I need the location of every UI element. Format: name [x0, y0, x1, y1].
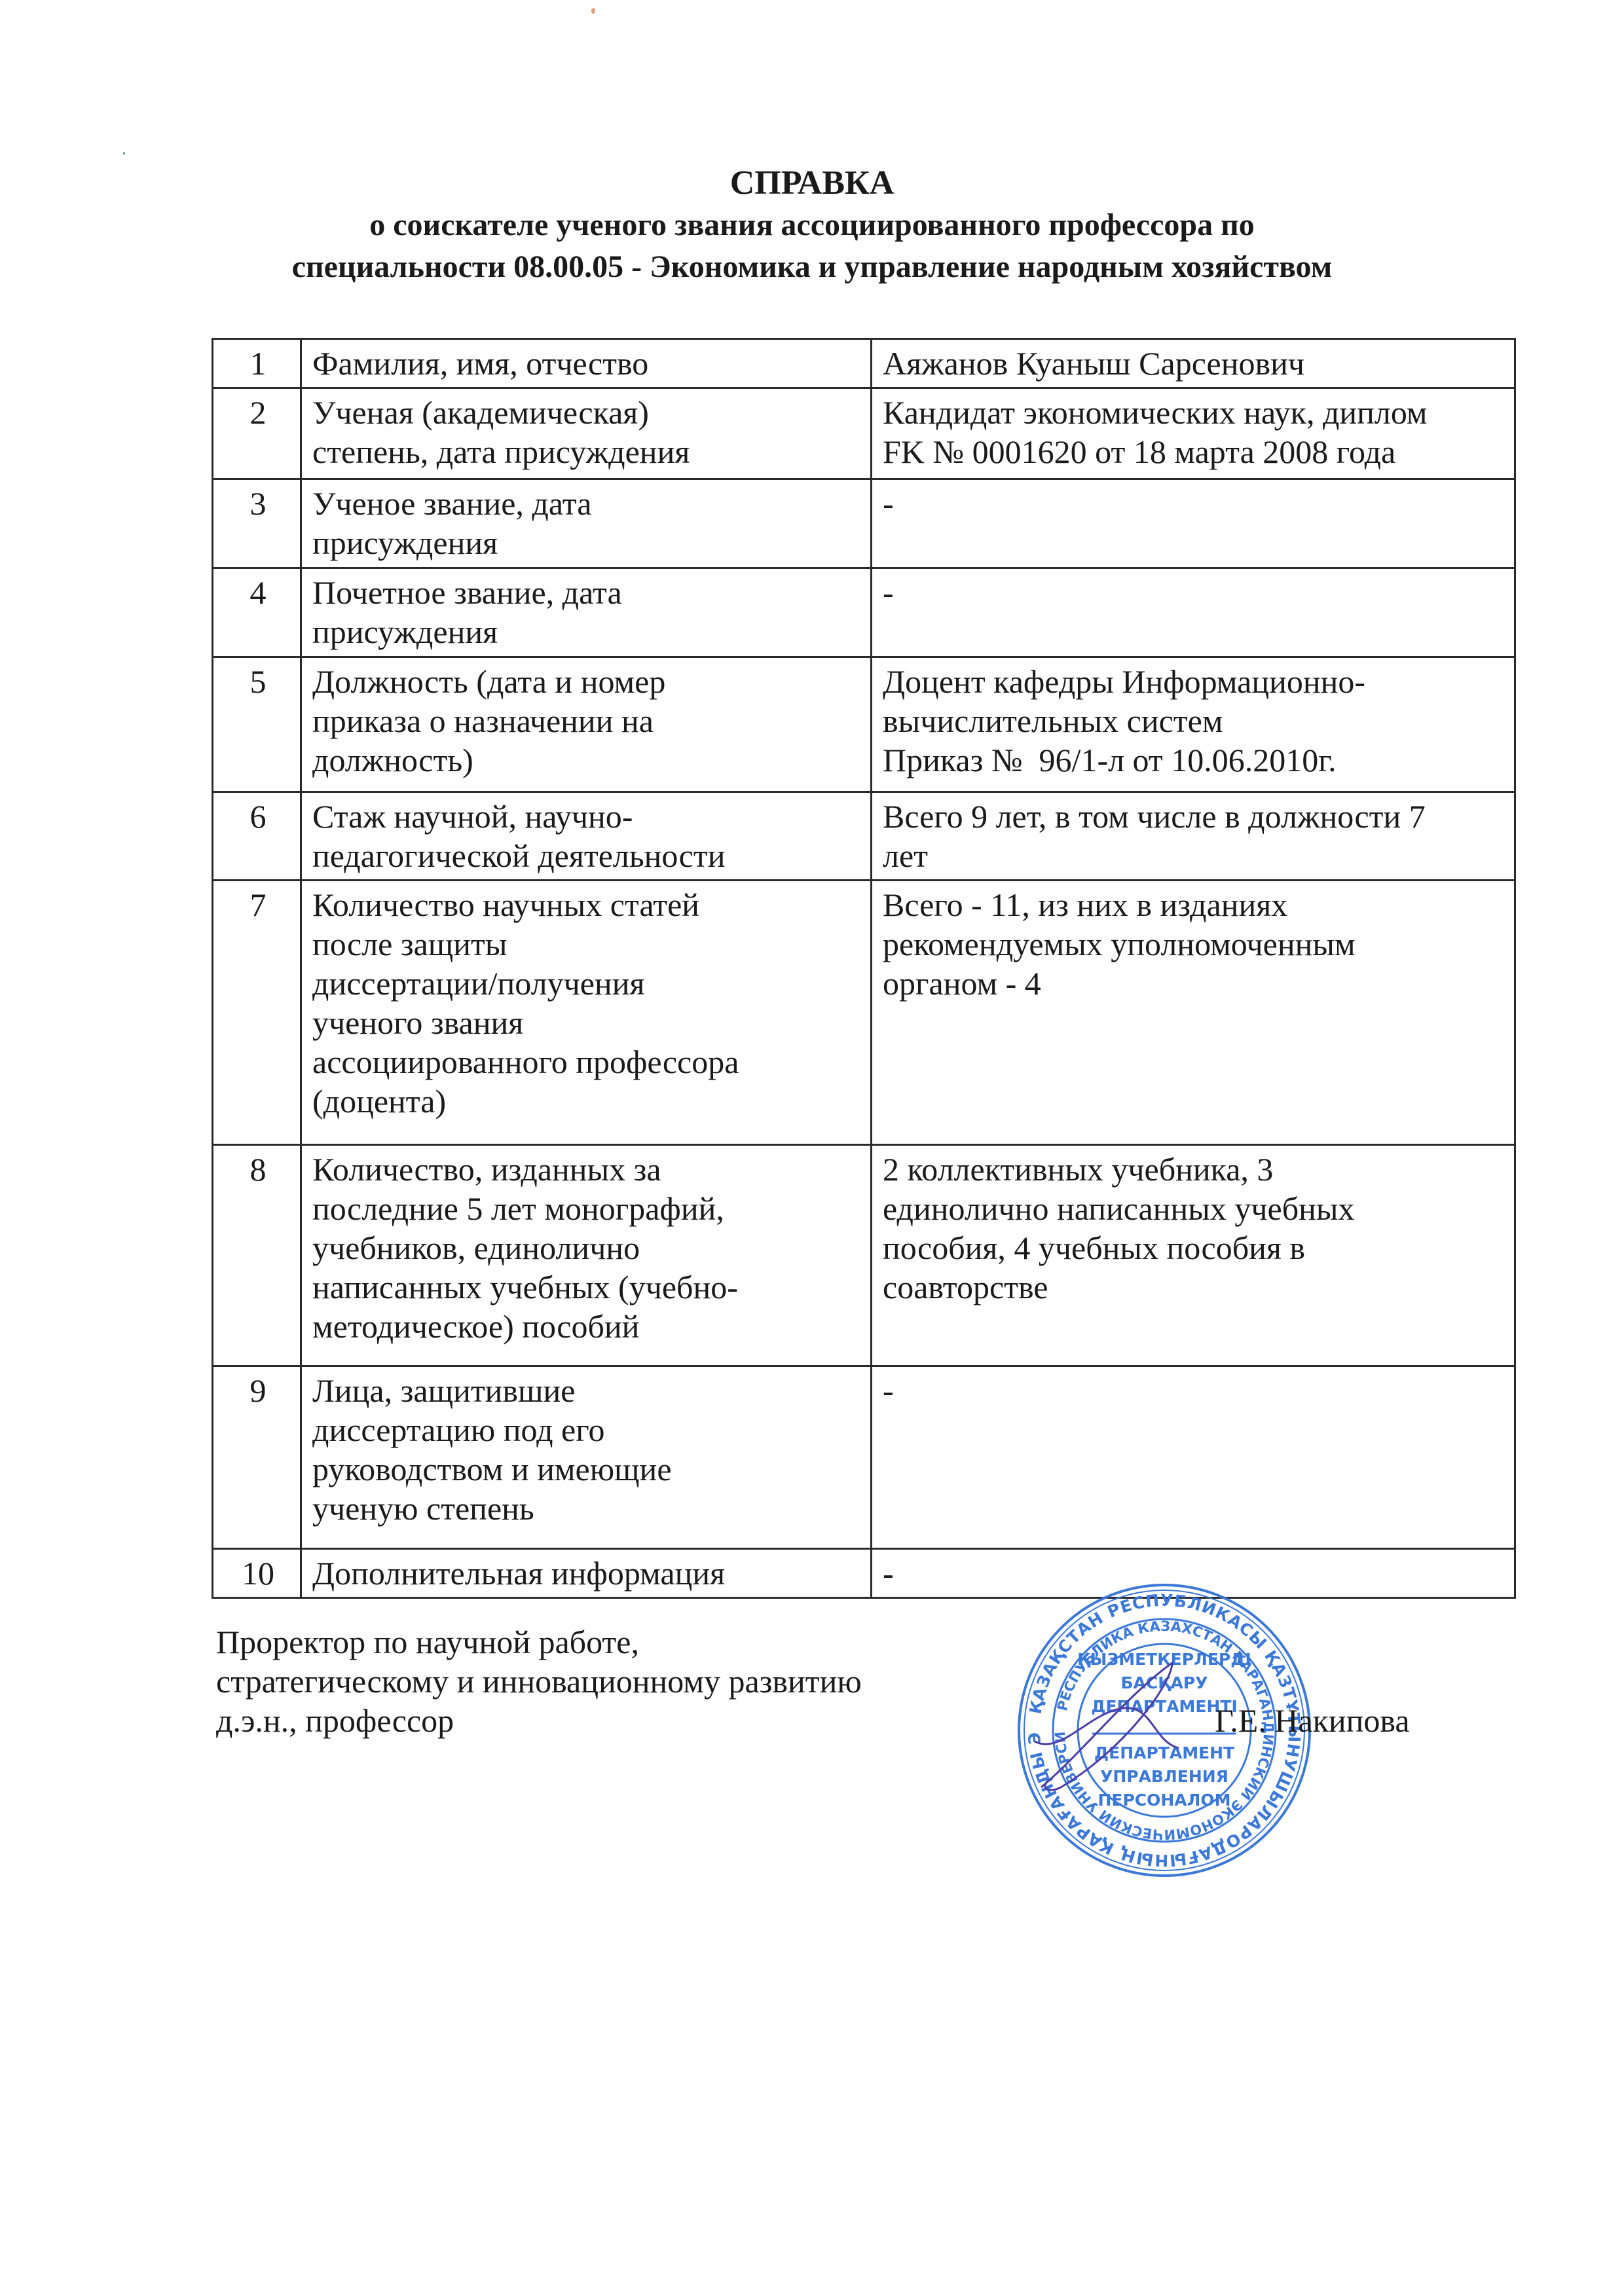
document-title: СПРАВКА — [0, 162, 1624, 204]
row-label: Фамилия, имя, отчество — [301, 339, 872, 388]
row-label-line: Количество научных статей — [312, 885, 862, 924]
row-value: Доцент кафедры Информационно-вычислитель… — [872, 657, 1515, 792]
table-row: 6Стаж научной, научно-педагогической дея… — [213, 792, 1515, 881]
table-row: 5Должность (дата и номерприказа о назнач… — [213, 657, 1515, 792]
row-label-line: присуждения — [312, 523, 862, 562]
row-value: - — [872, 479, 1515, 568]
row-label-line: должность) — [312, 740, 862, 780]
row-label-line: Ученая (академическая) — [312, 393, 862, 432]
row-number: 9 — [213, 1366, 301, 1549]
row-label-line: Ученое звание, дата — [312, 484, 862, 523]
document-header: СПРАВКА о соискателе ученого звания ассо… — [0, 162, 1624, 288]
row-value-line: - — [883, 1371, 1506, 1410]
signature-block: Проректор по научной работе, стратегичес… — [216, 1622, 862, 1740]
row-value-line: пособия, 4 учебных пособия в — [883, 1228, 1506, 1267]
row-value-line: - — [883, 484, 1506, 523]
row-label-line: Стаж научной, научно- — [312, 797, 862, 836]
signer-name: Г.Е. Накипова — [1215, 1701, 1410, 1740]
signer-degree: д.э.н., профессор — [216, 1701, 862, 1740]
row-value-line: Приказ № 96/1-л от 10.06.2010г. — [883, 740, 1506, 780]
signer-position-line2: стратегическому и инновационному развити… — [216, 1662, 862, 1701]
table-row: 9Лица, защитившиедиссертацию под егоруко… — [213, 1366, 1515, 1549]
table-row: 4Почетное звание, датаприсуждения- — [213, 568, 1515, 657]
table-row: 7Количество научных статейпосле защитыди… — [213, 881, 1515, 1145]
row-label-line: руководством и имеющие — [312, 1449, 862, 1489]
row-value: 2 коллективных учебника, 3единолично нап… — [872, 1145, 1515, 1366]
scan-speck — [591, 8, 595, 14]
table-row: 2Ученая (академическая)степень, дата при… — [213, 388, 1515, 479]
row-value-line: 2 коллективных учебника, 3 — [883, 1150, 1506, 1189]
row-number: 4 — [213, 568, 301, 657]
row-number: 8 — [213, 1145, 301, 1366]
row-label: Стаж научной, научно-педагогической деят… — [301, 792, 872, 881]
row-value-line: Всего 9 лет, в том числе в должности 7 — [883, 797, 1506, 836]
row-value-line: FK № 0001620 от 18 марта 2008 года — [883, 432, 1506, 471]
row-label-line: ученого звания — [312, 1003, 862, 1042]
row-number: 10 — [213, 1549, 301, 1598]
applicant-info-table: 1Фамилия, имя, отчествоАяжанов Куаныш Са… — [212, 338, 1516, 1599]
row-number: 1 — [213, 339, 301, 388]
row-value-line: органом - 4 — [883, 964, 1506, 1003]
row-value: Всего - 11, из них в изданияхрекомендуем… — [872, 881, 1515, 1145]
row-label: Должность (дата и номерприказа о назначе… — [301, 657, 872, 792]
document-subtitle-line1: о соискателе ученого звания ассоциирован… — [0, 204, 1624, 246]
row-label-line: (доцента) — [312, 1082, 862, 1121]
row-label-line: ученую степень — [312, 1489, 862, 1528]
row-label-line: педагогической деятельности — [312, 836, 862, 875]
row-label: Количество научных статейпосле защитыдис… — [301, 881, 872, 1145]
row-value-line: вычислительных систем — [883, 701, 1506, 740]
row-number: 7 — [213, 881, 301, 1145]
row-label-line: Фамилия, имя, отчество — [312, 344, 862, 383]
row-value: - — [872, 1366, 1515, 1549]
row-value-line: Всего - 11, из них в изданиях — [883, 885, 1506, 924]
row-label-line: Дополнительная информация — [312, 1554, 862, 1593]
document-subtitle-line2: специальности 08.00.05 - Экономика и упр… — [0, 246, 1624, 288]
row-label: Почетное звание, датаприсуждения — [301, 568, 872, 657]
table-row: 3Ученое звание, датаприсуждения- — [213, 479, 1515, 568]
table-row: 8Количество, изданных запоследние 5 лет … — [213, 1145, 1515, 1366]
signer-position-line1: Проректор по научной работе, — [216, 1622, 862, 1662]
table-row: 1Фамилия, имя, отчествоАяжанов Куаныш Са… — [213, 339, 1515, 388]
row-label-line: приказа о назначении на — [312, 701, 862, 740]
row-value-line: Кандидат экономических наук, диплом — [883, 393, 1506, 432]
row-value-line: Доцент кафедры Информационно- — [883, 662, 1506, 701]
row-number: 2 — [213, 388, 301, 479]
row-label: Лица, защитившиедиссертацию под егоруков… — [301, 1366, 872, 1549]
row-label: Количество, изданных запоследние 5 лет м… — [301, 1145, 872, 1366]
row-number: 5 — [213, 657, 301, 792]
scan-speck — [123, 152, 125, 155]
row-label-line: Почетное звание, дата — [312, 573, 862, 612]
row-label: Ученое звание, датаприсуждения — [301, 479, 872, 568]
row-label-line: Должность (дата и номер — [312, 662, 862, 701]
row-label-line: ассоциированного профессора — [312, 1042, 862, 1082]
row-label-line: методическое) пособий — [312, 1307, 862, 1346]
row-label-line: диссертацию под его — [312, 1410, 862, 1449]
row-value-line: рекомендуемых уполномоченным — [883, 924, 1506, 964]
row-value-line: единолично написанных учебных — [883, 1189, 1506, 1228]
row-label-line: диссертации/получения — [312, 964, 862, 1003]
row-label-line: после защиты — [312, 924, 862, 964]
row-value-line: - — [883, 573, 1506, 612]
row-value-line: соавторстве — [883, 1267, 1506, 1307]
row-label-line: Количество, изданных за — [312, 1150, 862, 1189]
table-row: 10Дополнительная информация- — [213, 1549, 1515, 1598]
row-label: Дополнительная информация — [301, 1549, 872, 1598]
row-label-line: учебников, единолично — [312, 1228, 862, 1267]
row-value-line: Аяжанов Куаныш Сарсенович — [883, 344, 1506, 383]
row-value: Всего 9 лет, в том числе в должности 7ле… — [872, 792, 1515, 881]
row-label-line: написанных учебных (учебно- — [312, 1267, 862, 1307]
row-label-line: Лица, защитившие — [312, 1371, 862, 1410]
row-label-line: степень, дата присуждения — [312, 432, 862, 471]
row-value-line: лет — [883, 836, 1506, 875]
row-label: Ученая (академическая)степень, дата прис… — [301, 388, 872, 479]
handwritten-signature-icon — [1022, 1656, 1218, 1807]
row-label-line: последние 5 лет монографий, — [312, 1189, 862, 1228]
row-number: 3 — [213, 479, 301, 568]
row-value: - — [872, 568, 1515, 657]
row-value: Аяжанов Куаныш Сарсенович — [872, 339, 1515, 388]
row-value: Кандидат экономических наук, дипломFK № … — [872, 388, 1515, 479]
row-number: 6 — [213, 792, 301, 881]
row-label-line: присуждения — [312, 612, 862, 651]
